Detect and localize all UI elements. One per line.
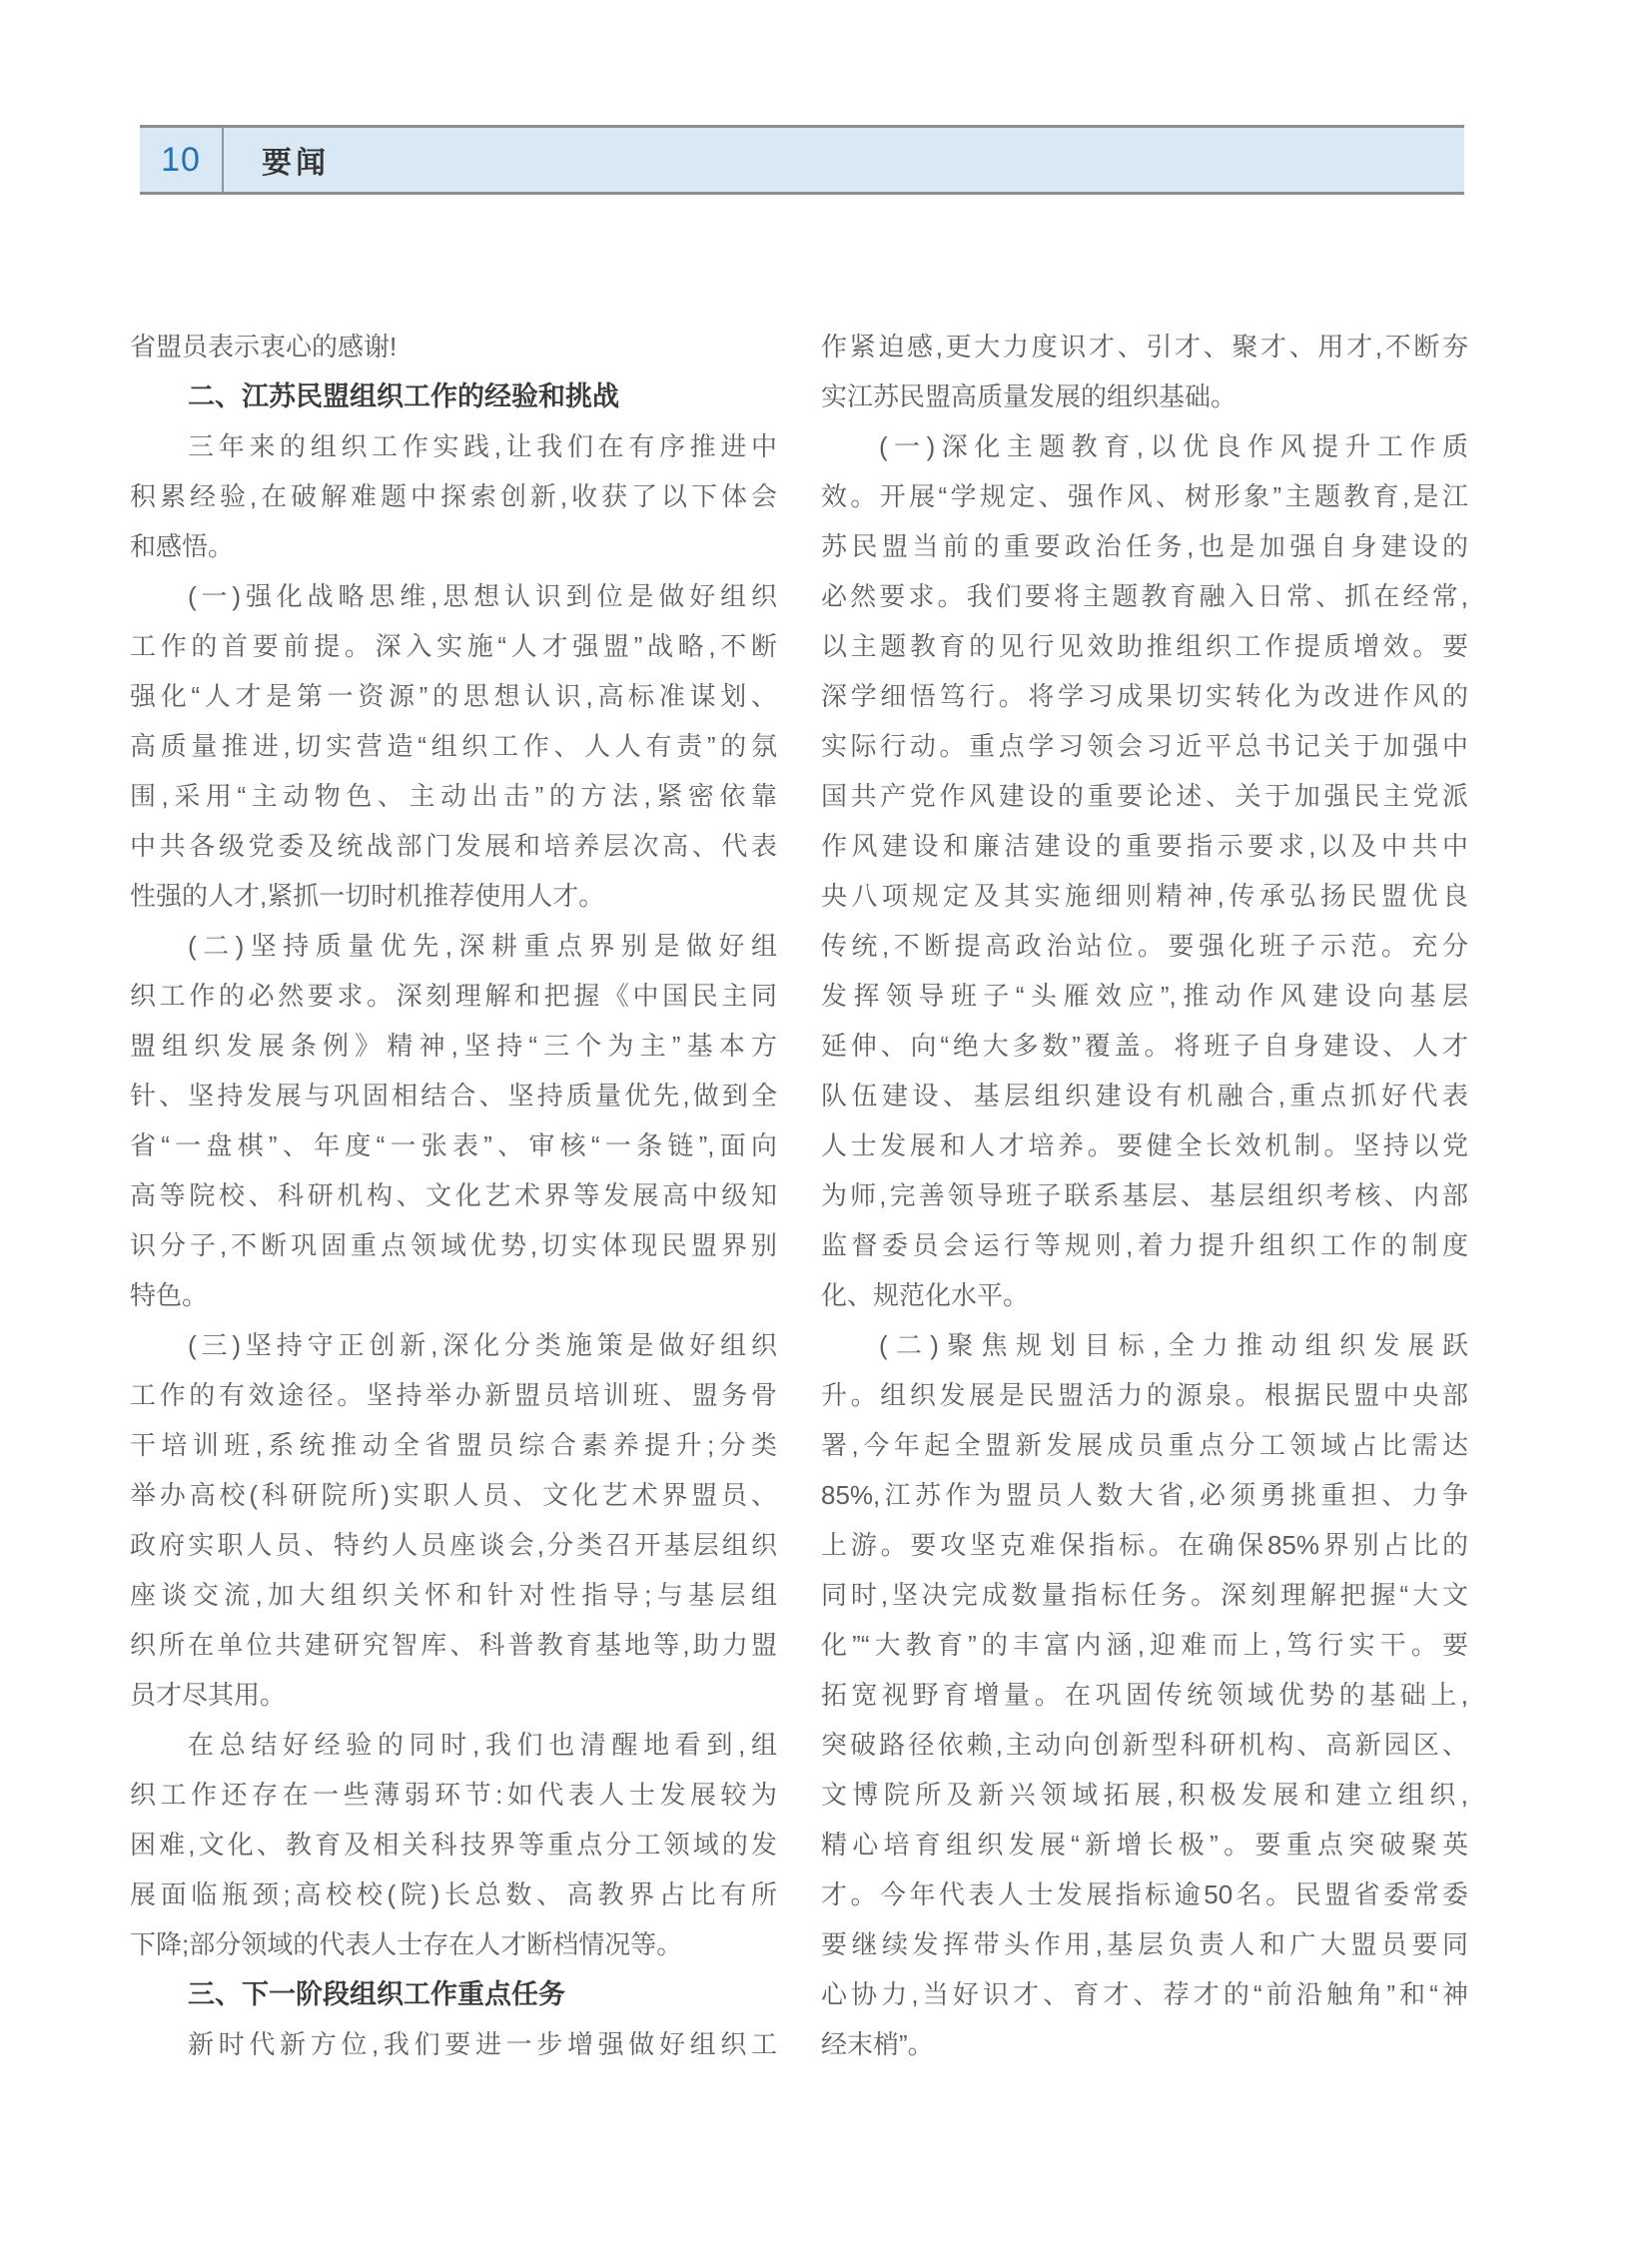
- text-line: 困难,文化、教育及相关科技界等重点分工领域的发: [130, 1820, 777, 1869]
- text-line: 高质量推进,切实营造“组织工作、人人有责”的氛: [130, 721, 777, 771]
- text-line: 盟组织发展条例》精神,坚持“三个为主”基本方: [130, 1021, 777, 1071]
- text-line: 实江苏民盟高质量发展的组织基础。: [821, 372, 1468, 421]
- text-line: 特色。: [130, 1270, 777, 1320]
- text-line: 强化“人才是第一资源”的思想认识,高标准谋划、: [130, 671, 777, 721]
- text-line: 经末梢”。: [821, 2019, 1468, 2069]
- text-line: 识分子,不断巩固重点领域优势,切实体现民盟界别: [130, 1220, 777, 1270]
- text-line: 化”“大教育”的丰富内涵,迎难而上,笃行实干。要: [821, 1620, 1468, 1670]
- text-line: 突破路径依赖,主动向创新型科研机构、高新园区、: [821, 1720, 1468, 1770]
- text-line: 拓宽视野育增量。在巩固传统领域优势的基础上,: [821, 1670, 1468, 1720]
- text-line: 员才尽其用。: [130, 1670, 777, 1720]
- text-column-left: 省盟员表示衷心的感谢!二、江苏民盟组织工作的经验和挑战三年来的组织工作实践,让我…: [130, 322, 777, 2069]
- text-line: 效。开展“学规定、强作风、树形象”主题教育,是江: [821, 471, 1468, 521]
- text-line: (一)强化战略思维,思想认识到位是做好组织: [130, 571, 777, 621]
- text-line: 深学细悟笃行。将学习成果切实转化为改进作风的: [821, 671, 1468, 721]
- text-line: 传统,不断提高政治站位。要强化班子示范。充分: [821, 921, 1468, 971]
- text-line: 省盟员表示衷心的感谢!: [130, 322, 777, 372]
- text-line: 升。组织发展是民盟活力的源泉。根据民盟中央部: [821, 1370, 1468, 1420]
- text-line: 新时代新方位,我们要进一步增强做好组织工: [130, 2019, 777, 2069]
- text-line: 上游。要攻坚克难保指标。在确保85%界别占比的: [821, 1520, 1468, 1570]
- text-line: 同时,坚决完成数量指标任务。深刻理解把握“大文: [821, 1570, 1468, 1620]
- text-line: 政府实职人员、特约人员座谈会,分类召开基层组织: [130, 1520, 777, 1570]
- text-line: 织工作的必然要求。深刻理解和把握《中国民主同: [130, 971, 777, 1021]
- section-heading: 三、下一阶段组织工作重点任务: [130, 1969, 777, 2019]
- text-line: 高等院校、科研机构、文化艺术界等发展高中级知: [130, 1170, 777, 1220]
- text-line: 延伸、向“绝大多数”覆盖。将班子自身建设、人才: [821, 1021, 1468, 1071]
- text-line: (二)聚焦规划目标,全力推动组织发展跃: [821, 1320, 1468, 1370]
- text-line: 工作的有效途径。坚持举办新盟员培训班、盟务骨: [130, 1370, 777, 1420]
- text-line: 三年来的组织工作实践,让我们在有序推进中: [130, 421, 777, 471]
- text-line: 为师,完善领导班子联系基层、基层组织考核、内部: [821, 1170, 1468, 1220]
- page-header-band: 10 要闻: [140, 125, 1464, 195]
- text-line: (一)深化主题教育,以优良作风提升工作质: [821, 421, 1468, 471]
- text-line: 作紧迫感,更大力度识才、引才、聚才、用才,不断夯: [821, 322, 1468, 372]
- text-line: 围,采用“主动物色、主动出击”的方法,紧密依靠: [130, 771, 777, 821]
- text-line: 署,今年起全盟新发展成员重点分工领域占比需达: [821, 1420, 1468, 1470]
- text-line: 针、坚持发展与巩固相结合、坚持质量优先,做到全: [130, 1071, 777, 1120]
- text-line: 干培训班,系统推动全省盟员综合素养提升;分类: [130, 1420, 777, 1470]
- text-line: 中共各级党委及统战部门发展和培养层次高、代表: [130, 821, 777, 871]
- page-number: 10: [140, 128, 224, 192]
- text-line: 精心培育组织发展“新增长极”。要重点突破聚英: [821, 1820, 1468, 1869]
- text-line: 织所在单位共建研究智库、科普教育基地等,助力盟: [130, 1620, 777, 1670]
- text-line: 实际行动。重点学习领会习近平总书记关于加强中: [821, 721, 1468, 771]
- text-line: 和感悟。: [130, 521, 777, 571]
- text-line: (二)坚持质量优先,深耕重点界别是做好组: [130, 921, 777, 971]
- text-line: 心协力,当好识才、育才、荐才的“前沿触角”和“神: [821, 1969, 1468, 2019]
- text-line: 苏民盟当前的重要政治任务,也是加强自身建设的: [821, 521, 1468, 571]
- text-line: 监督委员会运行等规则,着力提升组织工作的制度: [821, 1220, 1468, 1270]
- text-line: 积累经验,在破解难题中探索创新,收获了以下体会: [130, 471, 777, 521]
- text-line: 座谈交流,加大组织关怀和针对性指导;与基层组: [130, 1570, 777, 1620]
- section-label: 要闻: [224, 128, 330, 192]
- text-line: 工作的首要前提。深入实施“人才强盟”战略,不断: [130, 621, 777, 671]
- text-line: 人士发展和人才培养。要健全长效机制。坚持以党: [821, 1120, 1468, 1170]
- text-line: 文博院所及新兴领域拓展,积极发展和建立组织,: [821, 1770, 1468, 1820]
- text-line: 省“一盘棋”、年度“一张表”、审核“一条链”,面向: [130, 1120, 777, 1170]
- text-line: 织工作还存在一些薄弱环节:如代表人士发展较为: [130, 1770, 777, 1820]
- section-heading: 二、江苏民盟组织工作的经验和挑战: [130, 372, 777, 421]
- text-line: 才。今年代表人士发展指标逾50名。民盟省委常委: [821, 1869, 1468, 1919]
- text-line: 85%,江苏作为盟员人数大省,必须勇挑重担、力争: [821, 1470, 1468, 1520]
- text-line: 必然要求。我们要将主题教育融入日常、抓在经常,: [821, 571, 1468, 621]
- text-line: 以主题教育的见行见效助推组织工作提质增效。要: [821, 621, 1468, 671]
- text-line: 要继续发挥带头作用,基层负责人和广大盟员要同: [821, 1919, 1468, 1969]
- text-line: 作风建设和廉洁建设的重要指示要求,以及中共中: [821, 821, 1468, 871]
- text-line: 央八项规定及其实施细则精神,传承弘扬民盟优良: [821, 871, 1468, 921]
- text-line: 发挥领导班子“头雁效应”,推动作风建设向基层: [821, 971, 1468, 1021]
- text-column-right: 作紧迫感,更大力度识才、引才、聚才、用才,不断夯实江苏民盟高质量发展的组织基础。…: [821, 322, 1468, 2069]
- text-line: (三)坚持守正创新,深化分类施策是做好组织: [130, 1320, 777, 1370]
- text-line: 化、规范化水平。: [821, 1270, 1468, 1320]
- text-line: 队伍建设、基层组织建设有机融合,重点抓好代表: [821, 1071, 1468, 1120]
- text-line: 国共产党作风建设的重要论述、关于加强民主党派: [821, 771, 1468, 821]
- text-line: 举办高校(科研院所)实职人员、文化艺术界盟员、: [130, 1470, 777, 1520]
- text-line: 在总结好经验的同时,我们也清醒地看到,组: [130, 1720, 777, 1770]
- text-line: 性强的人才,紧抓一切时机推荐使用人才。: [130, 871, 777, 921]
- text-line: 下降;部分领域的代表人士存在人才断档情况等。: [130, 1919, 777, 1969]
- text-line: 展面临瓶颈;高校校(院)长总数、高教界占比有所: [130, 1869, 777, 1919]
